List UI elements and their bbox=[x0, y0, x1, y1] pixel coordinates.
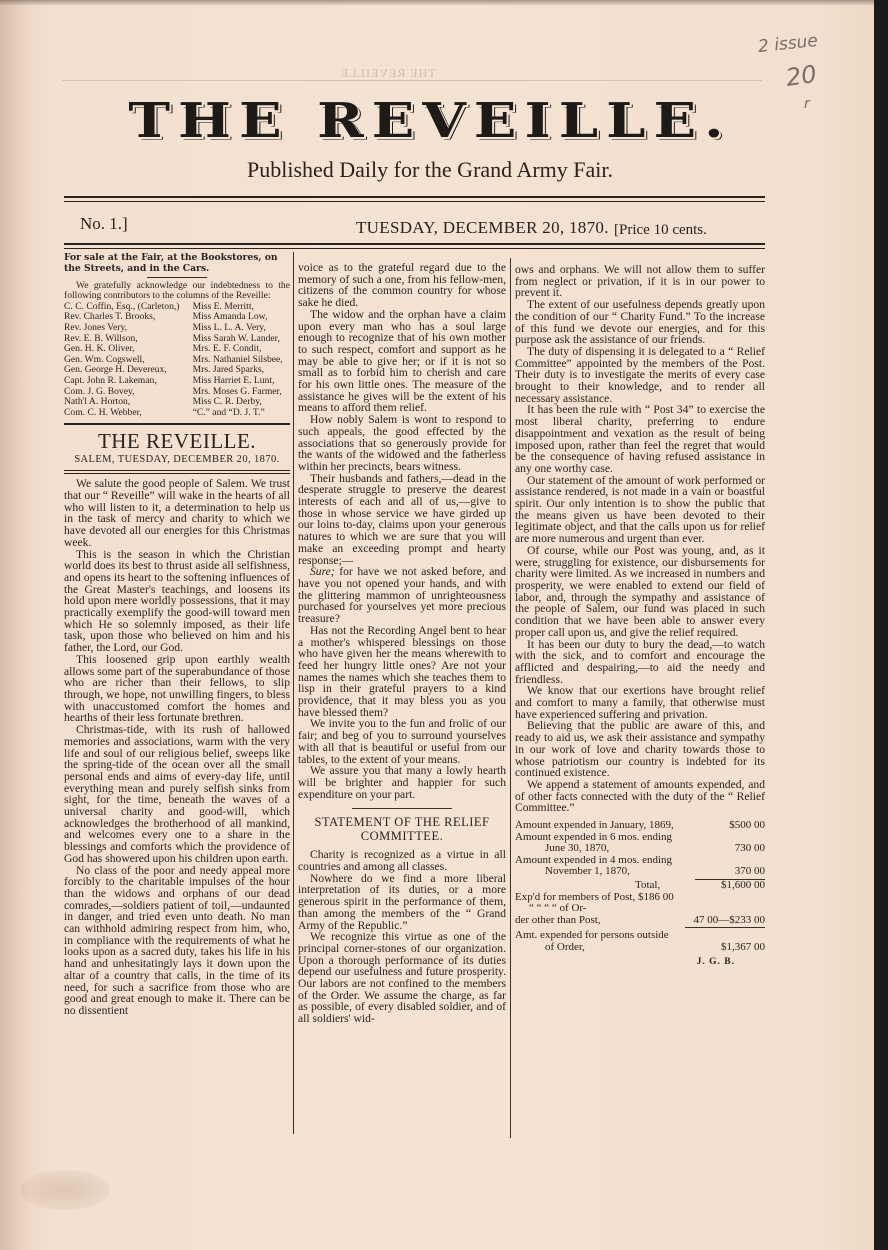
paragraph: We salute the good people of Salem. We t… bbox=[64, 478, 290, 548]
contributor: Miss Harriet E. Lunt, bbox=[193, 376, 290, 387]
ledger-amount: 370 00 bbox=[735, 866, 765, 878]
ledger-amount: 730 00 bbox=[735, 843, 765, 855]
editorial-dateline: SALEM, TUESDAY, DECEMBER 20, 1870. bbox=[64, 453, 290, 467]
contributor: Capt. John R. Lakeman, bbox=[64, 376, 193, 387]
bleed-through-text: THE REVEILLE bbox=[340, 66, 436, 81]
paragraph: How nobly Salem is wont to respond to su… bbox=[298, 414, 506, 473]
issue-number: No. 1.] bbox=[80, 214, 128, 234]
header-rule-top-thin bbox=[64, 201, 765, 202]
dateline: No. 1.] TUESDAY, DECEMBER 20, 1870. [Pri… bbox=[66, 210, 766, 238]
handwritten-note-mark: r bbox=[804, 96, 810, 112]
paragraph: It has been the rule with “ Post 34” to … bbox=[515, 404, 765, 474]
header-rule-bottom-thin bbox=[64, 248, 765, 249]
column-1: For sale at the Fair, at the Bookstores,… bbox=[64, 252, 290, 1017]
handwritten-note-price: 20 bbox=[784, 60, 818, 92]
column-2: voice as to the grateful regard due to t… bbox=[298, 262, 506, 1025]
left-edge-shade bbox=[0, 0, 30, 1250]
header-rule-bottom bbox=[64, 243, 765, 245]
paragraph: Believing that the public are aware of t… bbox=[515, 720, 765, 779]
paragraph: The duty of dispensing it is delegated t… bbox=[515, 346, 765, 405]
contributor-list-right: Miss E. Merritt, Miss Amanda Low, Miss L… bbox=[193, 302, 290, 419]
ledger-row: der other than Post, 47 00—$233 00 bbox=[515, 915, 765, 927]
paragraph: It has been our duty to bury the dead,—t… bbox=[515, 639, 765, 686]
contributor: Miss L. L. A. Very, bbox=[193, 323, 290, 334]
paragraph: ows and orphans. We will not allow them … bbox=[515, 264, 765, 299]
subtotal-rule bbox=[685, 927, 765, 928]
editorial-heading: THE REVEILLE. bbox=[64, 429, 290, 453]
paper-stain bbox=[20, 1170, 110, 1210]
paragraph: Has not the Recording Angel bent to hear… bbox=[298, 625, 506, 719]
section-rule bbox=[64, 423, 290, 425]
ledger-amount-pair: 47 00—$233 00 bbox=[694, 915, 766, 927]
ledger-amount: $500 00 bbox=[729, 820, 765, 832]
paragraph: This is the season in which the Christia… bbox=[64, 549, 290, 654]
paragraph: The extent of our usefulness depends gre… bbox=[515, 299, 765, 346]
header-rule-top bbox=[64, 196, 765, 198]
column-divider-1-top bbox=[293, 252, 294, 392]
paragraph: Nowhere do we find a more liberal interp… bbox=[298, 873, 506, 932]
acknowledgement-text: We gratefully acknowledge our indebtedne… bbox=[64, 281, 290, 302]
column-divider-2 bbox=[510, 258, 511, 1138]
paragraph: We assure you that many a lowly hearth w… bbox=[298, 765, 506, 800]
ledger-label: of Order, bbox=[515, 942, 585, 954]
contributor: Com. C. H. Webber, bbox=[64, 408, 193, 419]
contributor-list-left: C. C. Coffin, Esq., (Carleton,) Rev. Cha… bbox=[64, 302, 193, 419]
contributor-list: C. C. Coffin, Esq., (Carleton,) Rev. Cha… bbox=[64, 302, 290, 419]
paragraph: We know that our exertions have brought … bbox=[515, 685, 765, 720]
ledger-label: November 1, 1870, bbox=[515, 866, 630, 878]
short-divider bbox=[352, 808, 452, 809]
contributor: Rev. Jones Very, bbox=[64, 323, 193, 334]
paragraph: The widow and the orphan have a claim up… bbox=[298, 309, 506, 414]
bleed-through-rule bbox=[62, 80, 762, 81]
column-3: ows and orphans. We will not allow them … bbox=[515, 264, 765, 968]
ledger-label: Amount expended in January, 1869, bbox=[515, 820, 674, 832]
ledger-subtotal: —$233 00 bbox=[718, 914, 765, 926]
ledger-label: Exp'd for members of Post, bbox=[515, 891, 635, 903]
ledger-row: Amount expended in January, 1869, $500 0… bbox=[515, 820, 765, 832]
issue-price: [Price 10 cents. bbox=[614, 222, 707, 239]
paragraph: Charity is recognized as a virtue in all… bbox=[298, 849, 506, 872]
ledger-amount: $186 00 bbox=[638, 891, 674, 903]
ledger-total-amount: $1,600 00 bbox=[721, 880, 765, 892]
contributor: “C.” and “D. J. T.” bbox=[193, 408, 290, 419]
page-top-shadow bbox=[0, 0, 874, 6]
ledger-label: der other than Post, bbox=[515, 915, 601, 927]
column-divider-1 bbox=[293, 392, 294, 1134]
ledger-row: of Order, $1,367 00 bbox=[515, 942, 765, 954]
paragraph: Of course, while our Post was young, and… bbox=[515, 545, 765, 639]
signature: J. G. B. bbox=[515, 957, 765, 969]
paragraph: Sure; for have we not asked before, and … bbox=[298, 566, 506, 625]
sale-notice: For sale at the Fair, at the Bookstores,… bbox=[64, 252, 290, 274]
scan-background-edge bbox=[874, 0, 888, 1250]
paragraph: Their husbands and fathers,—dead in the … bbox=[298, 473, 506, 567]
paragraph: We append a statement of amounts expende… bbox=[515, 779, 765, 814]
issue-date: TUESDAY, DECEMBER 20, 1870. bbox=[356, 218, 609, 238]
paragraph: We invite you to the fun and frolic of o… bbox=[298, 718, 506, 765]
paragraph: Christmas-tide, with its rush of hallowe… bbox=[64, 724, 290, 864]
ledger-amount: 47 00 bbox=[694, 914, 719, 926]
expense-ledger: Amount expended in January, 1869, $500 0… bbox=[515, 820, 765, 954]
paragraph: No class of the poor and needy appeal mo… bbox=[64, 865, 290, 1017]
paragraph: Our statement of the amount of work perf… bbox=[515, 475, 765, 545]
statement-heading: STATEMENT OF THE RELIEF COMMITTEE. bbox=[298, 815, 506, 843]
paragraph: voice as to the grateful regard due to t… bbox=[298, 262, 506, 309]
section-rule-thin-2 bbox=[64, 473, 290, 474]
ledger-row: November 1, 1870, 370 00 bbox=[515, 866, 765, 878]
short-divider bbox=[147, 277, 207, 278]
masthead-subtitle: Published Daily for the Grand Army Fair. bbox=[120, 157, 740, 183]
ledger-amount: $1,367 00 bbox=[721, 942, 765, 954]
section-rule-thin bbox=[64, 470, 290, 471]
paragraph: This loosened grip upon earthly wealth a… bbox=[64, 654, 290, 724]
paragraph: We recognize this virtue as one of the p… bbox=[298, 931, 506, 1025]
masthead-title: THE REVEILLE. bbox=[120, 93, 740, 149]
